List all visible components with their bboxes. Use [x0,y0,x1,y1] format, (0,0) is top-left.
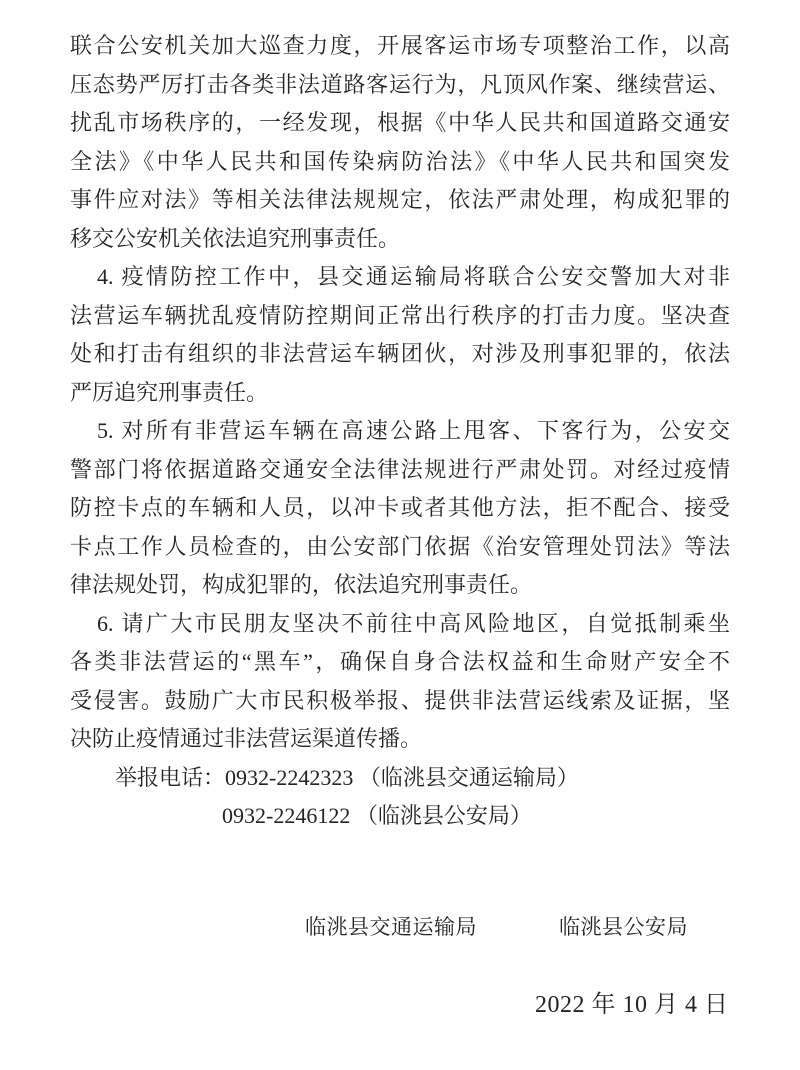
text-line: 受侵害。鼓励广大市民积极举报、提供非法营运线索及证据，坚 [70,682,730,721]
hotline-police-bureau: 0932-2246122 （临洮县公安局） [70,797,730,836]
signature-row: 临洮县交通运输局 临洮县公安局 [70,908,730,947]
text-line: 扰乱市场秩序的，一经发现，根据《中华人民共和国道路交通安 [70,104,730,143]
text-line: 律法规处罚，构成犯罪的，依法追究刑事责任。 [70,566,730,605]
paragraph-item-6: 6. 请广大市民朋友坚决不前往中高风险地区，自觉抵制乘坐 各类非法营运的“黑车”… [70,605,730,759]
text-line: 防控卡点的车辆和人员，以冲卡或者其他方法，拒不配合、接受 [70,489,730,528]
signature-police-bureau: 临洮县公安局 [559,908,688,947]
text-line: 警部门将依据道路交通安全法律法规进行严肃处罚。对经过疫情 [70,451,730,490]
document-page: 联合公安机关加大巡查力度，开展客运市场专项整治工作，以高 压态势严厉打击各类非法… [0,0,800,1070]
text-line: 5. 对所有非营运车辆在高速公路上甩客、下客行为，公安交 [70,412,730,451]
paragraph-item-4: 4. 疫情防控工作中，县交通运输局将联合公安交警加大对非 法营运车辆扰乱疫情防控… [70,258,730,412]
text-line: 移交公安机关依法追究刑事责任。 [70,220,730,259]
text-line: 各类非法营运的“黑车”，确保自身合法权益和生命财产安全不 [70,643,730,682]
text-line: 事件应对法》等相关法律法规规定，依法严肃处理，构成犯罪的 [70,181,730,220]
document-date: 2022 年 10 月 4 日 [535,986,730,1025]
text-line: 压态势严厉打击各类非法道路客运行为，凡顶风作案、继续营运、 [70,66,730,105]
signature-transport-bureau: 临洮县交通运输局 [305,908,477,947]
text-line: 卡点工作人员检查的，由公安部门依据《治安管理处罚法》等法 [70,528,730,567]
paragraph-continuation: 联合公安机关加大巡查力度，开展客运市场专项整治工作，以高 压态势严厉打击各类非法… [70,27,730,258]
hotline-transport-bureau: 举报电话：0932-2242323 （临洮县交通运输局） [70,759,730,798]
text-line: 决防止疫情通过非法营运渠道传播。 [70,720,730,759]
text-line: 联合公安机关加大巡查力度，开展客运市场专项整治工作，以高 [70,27,730,66]
text-line: 6. 请广大市民朋友坚决不前往中高风险地区，自觉抵制乘坐 [70,605,730,644]
text-line: 严厉追究刑事责任。 [70,374,730,413]
text-line: 4. 疫情防控工作中，县交通运输局将联合公安交警加大对非 [70,258,730,297]
text-line: 处和打击有组织的非法营运车辆团伙，对涉及刑事犯罪的，依法 [70,335,730,374]
paragraph-item-5: 5. 对所有非营运车辆在高速公路上甩客、下客行为，公安交 警部门将依据道路交通安… [70,412,730,605]
text-line: 全法》《中华人民共和国传染病防治法》《中华人民共和国突发 [70,143,730,182]
text-line: 法营运车辆扰乱疫情防控期间正常出行秩序的打击力度。坚决查 [70,297,730,336]
